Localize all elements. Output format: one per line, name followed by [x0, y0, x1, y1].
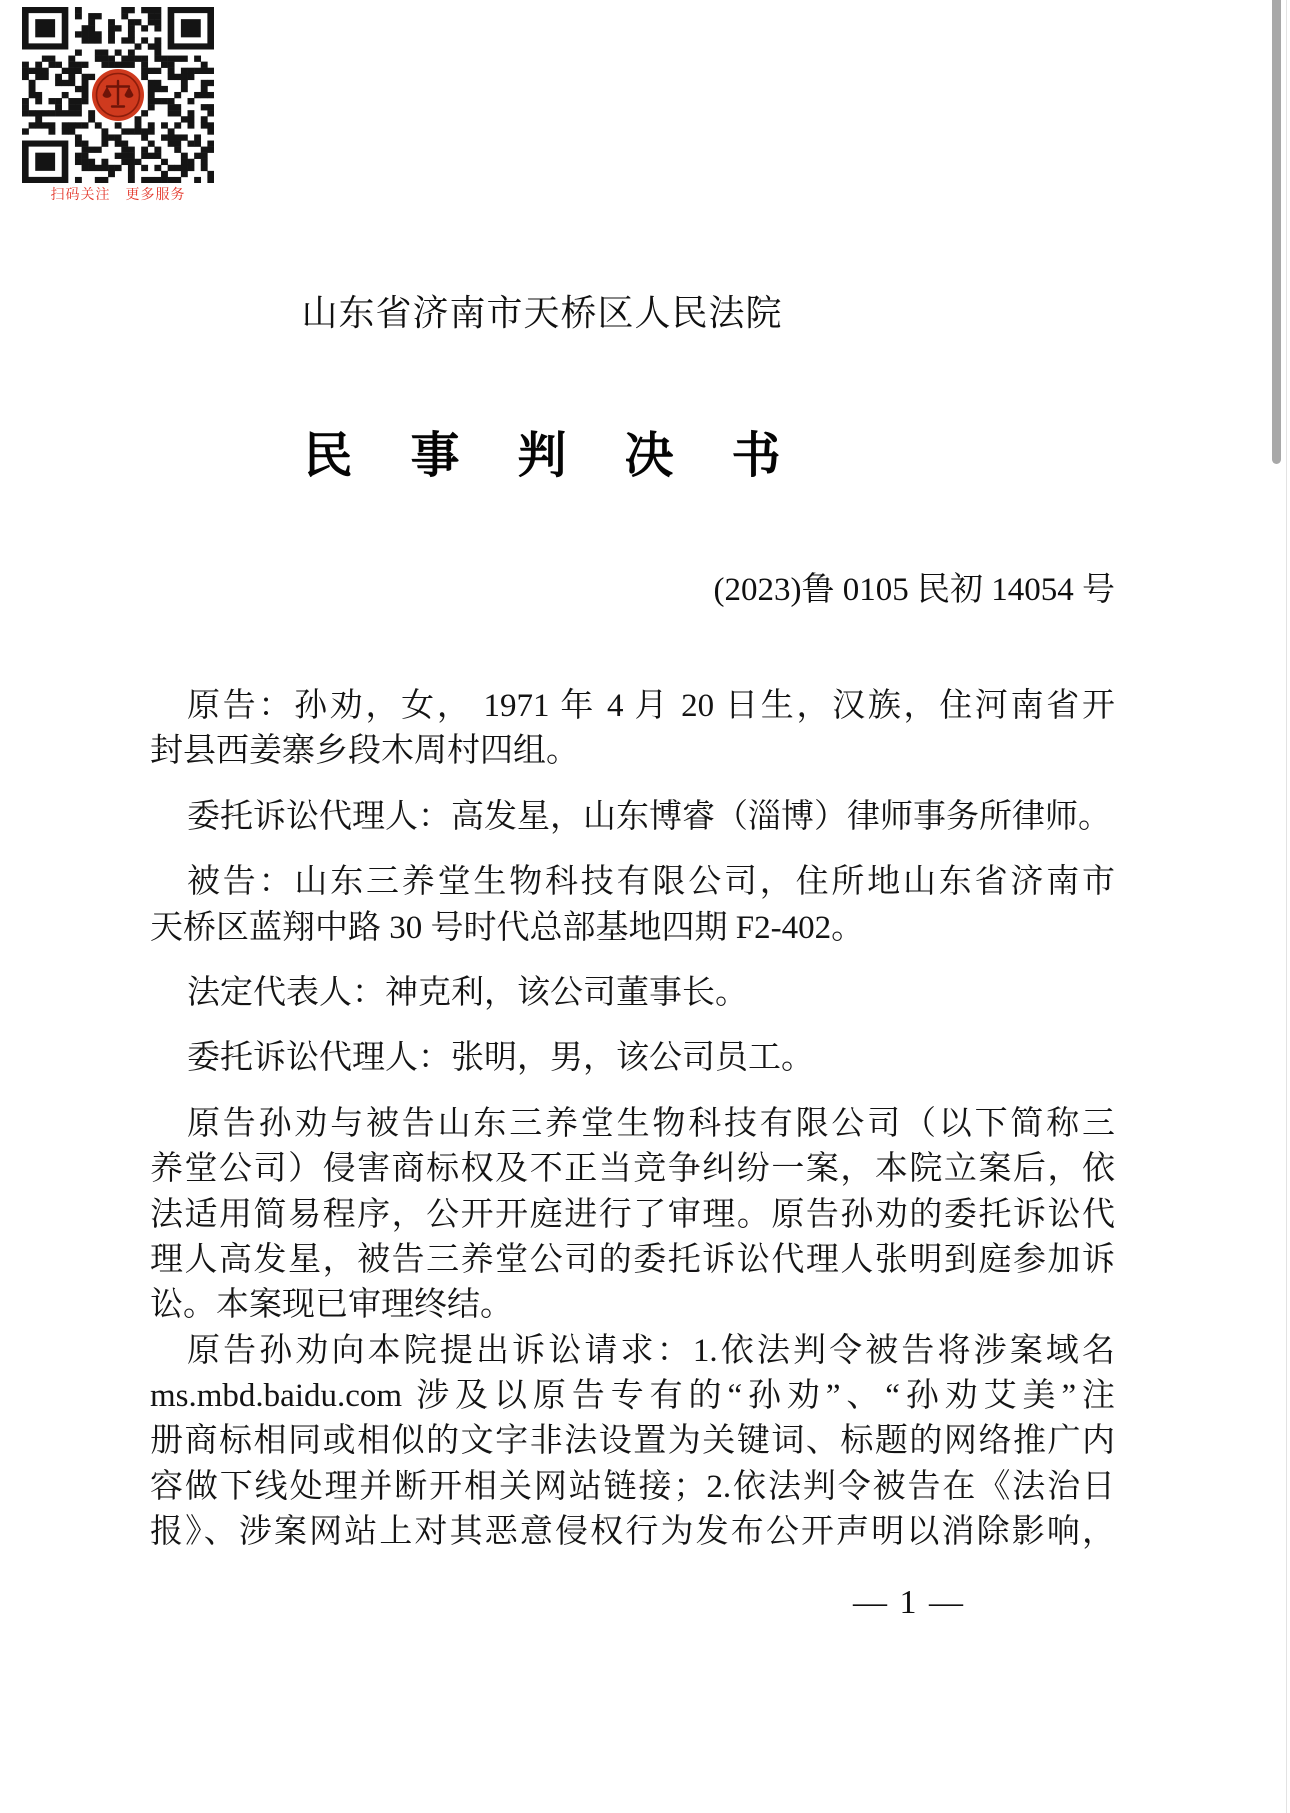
page-edge-line [1286, 0, 1287, 1813]
paragraph-line: 报》、涉案网站上对其恶意侵权行为发布公开声明以消除影响， [150, 1510, 1115, 1555]
paragraph-line: 原告孙劝与被告山东三养堂生物科技有限公司（以下简称三 [150, 1102, 1115, 1147]
paragraph-line: 被告：山东三养堂生物科技有限公司，住所地山东省济南市 [150, 860, 1115, 905]
paragraph-line: 法适用简易程序，公开开庭进行了审理。原告孙劝的委托诉讼代 [150, 1193, 1115, 1238]
court-emblem-icon [91, 68, 145, 122]
case-number: (2023)鲁 0105 民初 14054 号 [150, 567, 1115, 613]
paragraph: 法定代表人：神克利，该公司董事长。 [150, 971, 1115, 1016]
paragraph: 原告：孙劝，女， 1971 年 4 月 20 日生，汉族，住河南省开封县西姜寨乡… [150, 684, 1115, 775]
paragraph-line: 养堂公司）侵害商标权及不正当竞争纠纷一案，本院立案后，依 [150, 1147, 1115, 1192]
paragraph: 被告：山东三养堂生物科技有限公司，住所地山东省济南市天桥区蓝翔中路 30 号时代… [150, 860, 1115, 951]
document-title: 民事判决书 [0, 420, 1142, 492]
page-number: — 1 — [150, 1580, 965, 1626]
qr-caption: 扫码关注 更多服务 [22, 184, 214, 204]
paragraph-line: 天桥区蓝翔中路 30 号时代总部基地四期 F2-402。 [150, 906, 1115, 951]
paragraph: 委托诉讼代理人：高发星，山东博睿（淄博）律师事务所律师。 [150, 795, 1115, 840]
paragraph: 原告孙劝向本院提出诉讼请求：1.依法判令被告将涉案域名ms.mbd.baidu.… [150, 1329, 1115, 1556]
paragraph-line: 容做下线处理并断开相关网站链接；2.依法判令被告在《法治日 [150, 1465, 1115, 1510]
paragraph: 委托诉讼代理人：张明，男，该公司员工。 [150, 1036, 1115, 1081]
scrollbar-thumb[interactable] [1272, 0, 1281, 464]
paragraph-line: 册商标相同或相似的文字非法设置为关键词、标题的网络推广内 [150, 1419, 1115, 1464]
paragraph-line: 委托诉讼代理人：张明，男，该公司员工。 [150, 1036, 1115, 1081]
judgment-paragraphs: 原告：孙劝，女， 1971 年 4 月 20 日生，汉族，住河南省开封县西姜寨乡… [150, 684, 1115, 1556]
paragraph: 原告孙劝与被告山东三养堂生物科技有限公司（以下简称三养堂公司）侵害商标权及不正当… [150, 1102, 1115, 1329]
qr-block: 扫码关注 更多服务 [22, 7, 214, 204]
paragraph-line: 法定代表人：神克利，该公司董事长。 [150, 971, 1115, 1016]
court-name-heading: 山东省济南市天桥区人民法院 [0, 288, 1084, 338]
paragraph-line: 封县西姜寨乡段木周村四组。 [150, 729, 1115, 774]
paragraph-line: 讼。本案现已审理终结。 [150, 1283, 1115, 1328]
paragraph-line: 理人高发星，被告三养堂公司的委托诉讼代理人张明到庭参加诉 [150, 1238, 1115, 1283]
document-page: 扫码关注 更多服务 山东省济南市天桥区人民法院 民事判决书 (2023)鲁 01… [0, 0, 1290, 1813]
paragraph-line: 原告：孙劝，女， 1971 年 4 月 20 日生，汉族，住河南省开 [150, 684, 1115, 729]
paragraph-line: 原告孙劝向本院提出诉讼请求：1.依法判令被告将涉案域名 [150, 1329, 1115, 1374]
paragraph-line: 委托诉讼代理人：高发星，山东博睿（淄博）律师事务所律师。 [150, 795, 1115, 840]
paragraph-line: ms.mbd.baidu.com 涉及以原告专有的“孙劝”、“孙劝艾美”注 [150, 1374, 1115, 1419]
